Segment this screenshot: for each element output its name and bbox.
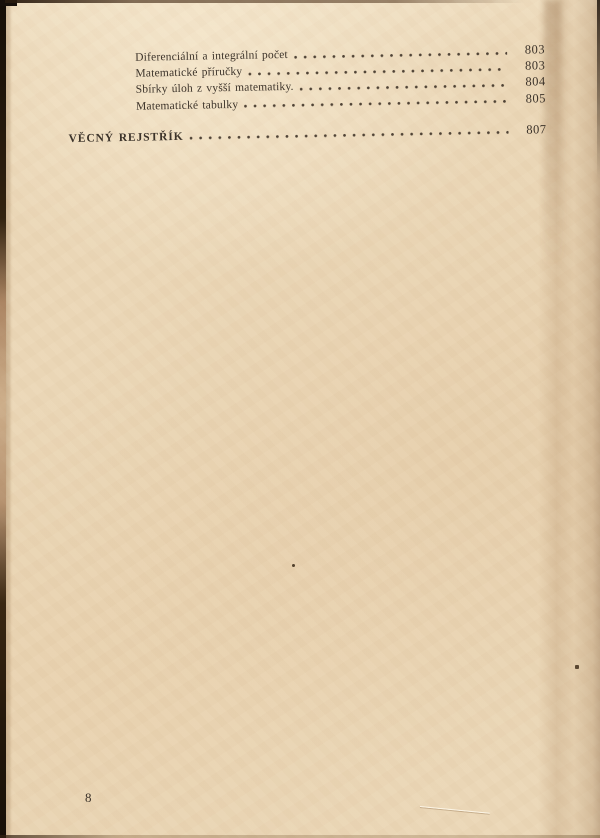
toc-entry-page-number: 803 — [515, 57, 545, 74]
page-curl-shadow-top — [544, 0, 562, 270]
paper-speck — [575, 665, 579, 669]
toc-index-entry: VĚCNÝ REJSTŘÍK 807 — [68, 121, 546, 146]
paper-speck — [292, 564, 295, 567]
scanned-page: Diferenciální a integrální počet 803 Mat… — [0, 0, 600, 838]
table-of-contents: Diferenciální a integrální počet 803 Mat… — [67, 41, 547, 146]
toc-entry-page-number: 803 — [515, 41, 545, 58]
scan-edge-top — [5, 0, 525, 3]
folio-page-number: 8 — [85, 790, 92, 806]
toc-index-page-number: 807 — [516, 121, 546, 138]
toc-list: Diferenciální a integrální počet 803 Mat… — [67, 41, 546, 114]
paper-crease — [8, 0, 11, 838]
toc-index-label: VĚCNÝ REJSTŘÍK — [68, 129, 183, 147]
dot-leader — [244, 90, 508, 111]
toc-entry-page-number: 804 — [516, 74, 546, 91]
toc-entry-page-number: 805 — [516, 90, 546, 107]
dot-leader — [189, 122, 508, 144]
paper-scratch — [420, 806, 490, 814]
toc-entry-label: Matematické tabulky — [68, 96, 238, 115]
